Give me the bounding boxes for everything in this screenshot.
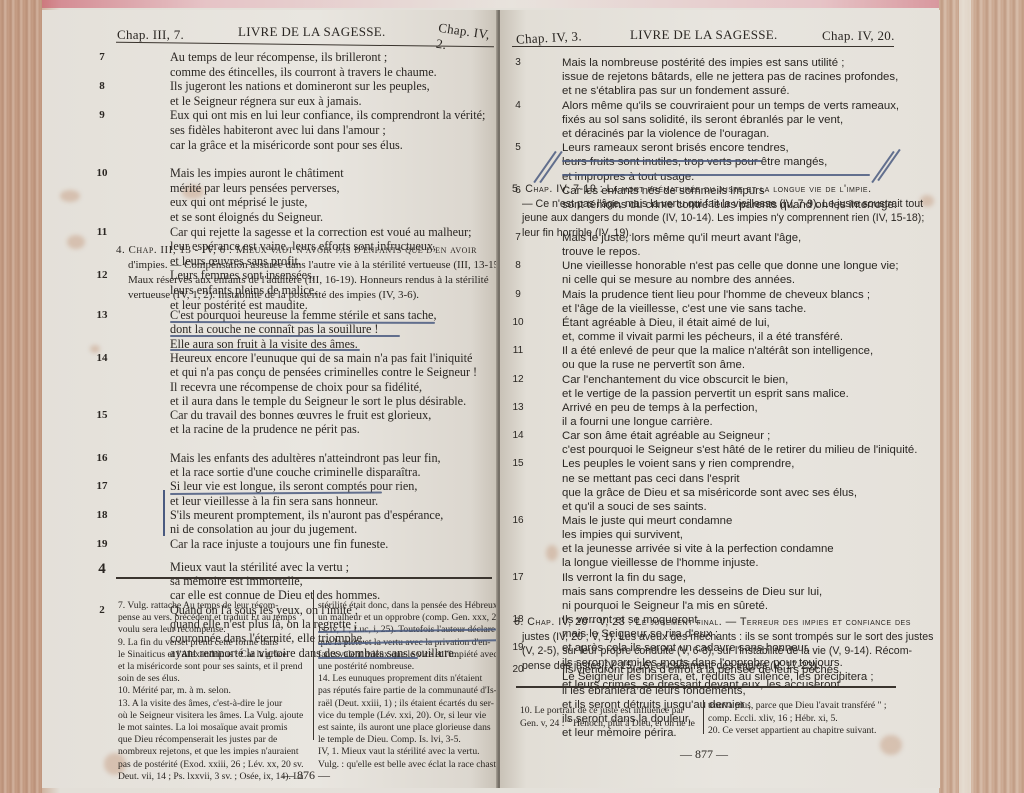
footnote-line: IV, 1. Mieux vaut la stérilité avec la v… [318,746,480,758]
verse-line: fixés au sol sans solidité, ils seront é… [562,113,843,127]
verse-line: comme des étincelles, ils courront à tra… [170,65,437,79]
verse-line: et la jeunesse arrivée si vite à la perf… [562,542,834,556]
footnote-line: que Dieu récompenserait les justes par d… [118,734,277,746]
page-number: — 877 — [680,747,728,762]
verse-line: Mais le juste, lors même qu'il meurt ava… [562,231,801,245]
paper-stain [60,190,80,202]
running-head-left: Chap. III, 7. [117,27,184,43]
section-summary-line: (V, 2-5), sur leur propre conduite (V, 6… [522,644,912,658]
verse-line: il a fourni une longue carrière. [562,415,713,429]
page-number: — 876 — [282,768,330,783]
verse-line: Il recevra une récompense de choix pour … [170,380,422,394]
section-summary-line: 4. Chap. III, 13 - IV, 6 : Mieux vaut n'… [116,243,477,257]
footnote-line: 10. Mérité par, m. à m. selon. [118,685,231,697]
section-summary-line: justes (IV, 20 ; V, 1). Les aveux des mé… [522,630,933,644]
paper-stain [67,235,85,249]
paper-stain [880,735,902,755]
verse-number: 5 [506,142,530,153]
verse-number: 10 [90,167,114,179]
verse-number: 4 [506,100,530,111]
running-head-title: LIVRE DE LA SAGESSE. [630,27,778,43]
footnote-line: le mot saintes. La loi mosaïque avait pr… [118,722,287,734]
running-head-right: Chap. IV, 2. [435,20,500,60]
verse-number: 8 [506,260,530,271]
footnote-line: et la miséricorde sont pour ses saints, … [118,661,302,673]
verse-line: Mais les enfants des adultères n'atteind… [170,451,441,465]
verse-line: la longue vieillesse de l'homme injuste. [562,556,759,570]
footnote-line: une postérité nombreuse. [318,661,414,673]
verse-line: Mais le juste qui meurt condamne [562,514,732,528]
section-summary-line: Maux réservés aux enfants de l'adultère … [128,273,489,287]
paper-stain [546,545,558,561]
verse-number: 11 [506,345,530,356]
pen-underline [170,349,360,351]
verse-line: Car qui rejette la sagesse et la correct… [170,225,472,239]
verse-number: 12 [90,269,114,281]
verse-number: 14 [90,352,114,364]
verse-line: ni celle qui se mesure au nombre des ann… [562,273,795,287]
pen-margin-mark [163,490,165,536]
pen-underline [170,335,400,337]
verse-line: Mais la prudence tient lieu pour l'homme… [562,288,870,302]
verse-line: Au temps de leur récompense, ils briller… [170,50,387,64]
verse-line: Heureux encore l'eunuque qui de sa main … [170,351,472,365]
verse-line: et le vertige de la passion pervertit un… [562,387,849,401]
section-summary-line: jeune aux dangers du monde (IV, 10-14). … [522,211,924,225]
running-head-left: Chap. IV, 3. [516,28,583,47]
left-page-edges [0,0,42,793]
verse-line: Les peuples le voient sans y rien compre… [562,457,794,471]
verse-line: C'est pourquoi heureuse la femme stérile… [170,308,437,322]
verse-line: Leurs rameaux seront brisés encore tendr… [562,141,789,155]
footnote-line: pas de postérité (Exod. xxiii, 26 ; Lév.… [118,759,304,771]
section-summary-line: vertueuse (IV, 1, 2). Instabilité de la … [128,288,419,302]
footnote-line: 13. A la visite des âmes, c'est-à-dire l… [118,698,282,710]
verse-number: 3 [506,57,530,68]
verse-number: 13 [506,402,530,413]
footnote-line: soin de ses élus. [118,673,180,685]
verse-line: car la grâce et la miséricorde sont pour… [170,138,403,152]
verse-number: 18 [90,509,114,521]
right-page: Chap. IV, 3. LIVRE DE LA SAGESSE. Chap. … [500,10,940,788]
section-summary-line: — Ce n'est pas l'âge, mais la vertu qui … [522,197,923,211]
footnote-line: 7. Vulg. rattache Au temps de leur récom… [118,600,278,612]
verse-line: Une vieillesse honorable n'est pas celle… [562,259,899,273]
pen-slash-mark [533,151,556,183]
footnote-line: pense au vers. précédent et traduit Et a… [118,612,296,624]
verse-number: 19 [90,538,114,550]
verse-number: 17 [90,480,114,492]
right-page-edges [939,0,1024,793]
verse-line: et qui n'a pas conçu de pensées criminel… [170,365,477,379]
verse-number: 16 [506,515,530,526]
verse-line: et leur vieillesse à la fin sera sans ho… [170,494,378,508]
verse-line: ni pourquoi le Seigneur l'a mis en sûret… [562,599,768,613]
footnote-line: le Sinaiticus et l'Alexandrinus : Car la… [118,649,287,661]
footnote-line: vice du temple (Lév. xxi, 20). Or, si le… [318,710,486,722]
verse-line: ni de consolation au jour du jugement. [170,522,357,536]
footnote-line: trouva plus, parce que Dieu l'avait tran… [708,700,887,712]
footnote-line: 10. Le portrait de ce juste est influenc… [520,705,684,717]
footnote-line: Deut. vii, 14 ; Ps. lxxvii, 3 sv. ; Osée… [118,771,303,783]
verse-line: Arrivé en peu de temps à la perfection, [562,401,758,415]
footnote-line: Gen. v, 24 : " Hénoch, plut à Dieu, et o… [520,718,695,730]
footnote-rule [116,577,492,579]
verse-number: 10 [506,317,530,328]
pen-slash-mark [871,151,894,183]
verse-line: et se sont éloignés du Seigneur. [170,210,323,224]
pen-underline [562,160,762,162]
running-head-right: Chap. IV, 20. [822,28,895,44]
verse-line: mérité par leurs pensées perverses, [170,181,340,195]
verse-line: Étant agréable à Dieu, il était aimé de … [562,316,770,330]
verse-line: S'ils meurent promptement, ils n'auront … [170,508,443,522]
footnote-line: raël (Deut. xxiii, 1) ; ils étaient écar… [318,698,494,710]
verse-line: issue de rejetons bâtards, elle ne jette… [562,70,898,84]
verse-line: que la grâce de Dieu et sa miséricorde s… [562,486,857,500]
footnote-column-divider [703,700,704,734]
footnote-line: où le Seigneur visitera les âmes. La Vul… [118,710,303,722]
verse-line: Mais les impies auront le châtiment [170,166,344,180]
verse-line: Car du travail des bonnes œuvres le frui… [170,408,431,422]
verse-line: ou que la ruse ne pervertît son âme. [562,358,745,372]
verse-number: 12 [506,374,530,385]
verse-line: et leurs crimes, se dressant devant eux,… [562,678,843,692]
footnote-line: pas réputés faire partie de la communaut… [318,685,497,697]
section-summary-line: 6. Chap. IV, 20 - V, 23 : Le jugement fi… [514,615,911,629]
verse-number: 13 [90,309,114,321]
verse-line: Ils jugeront les nations et domineront s… [170,79,430,93]
verse-number: 15 [90,409,114,421]
verse-line: Mais la nombreuse postérité des impies e… [562,56,844,70]
verse-line: et qu'il a souci de ses saints. [562,500,707,514]
verse-line: et la race sortie d'une couche criminell… [170,465,421,479]
footnote-column-divider [313,590,314,740]
verse-line: et ne s'établira pas sur un fondement as… [562,84,790,98]
verse-number: 20 [506,664,530,675]
footnote-line: est sainte, ils auront une place glorieu… [318,722,491,734]
verse-line: et il aura dans le temple du Seigneur le… [170,394,466,408]
left-page: Chap. III, 7. LIVRE DE LA SAGESSE. Chap.… [42,10,498,788]
verse-number: 8 [90,80,114,92]
verse-number: 17 [506,572,530,583]
verse-number: 7 [90,51,114,63]
footnote-line: nombreux rejetons, et que les impies n'a… [118,746,299,758]
verse-line: c'est pourquoi le Seigneur s'est hâté de… [562,443,917,457]
verse-line: et le Seigneur régnera sur eux à jamais. [170,94,362,108]
verse-line: Mieux vaut la stérilité avec la vertu ; [170,560,349,574]
verse-line: et, comme il vivait parmi les pécheurs, … [562,330,843,344]
verse-line: leurs fruits sont inutiles, trop verts p… [562,155,827,169]
footnote-rule [516,686,896,688]
verse-line: trouve le repos. [562,245,641,259]
footnote-line: 9. La fin du verset prend cette forme da… [118,637,278,649]
section-summary-line: 5. Chap. IV, 7-19 : La mort prématurée d… [512,182,872,196]
verse-line: Ils viendront pleins d'effroi à la pensé… [562,663,842,677]
footnote-line: le temple de Dieu. Comp. Is. lvi, 3-5. [318,734,461,746]
verse-line: et la racine de la prudence ne périt pas… [170,422,360,436]
footnote-line: 14. Les eunuques proprement dits n'étaie… [318,673,482,685]
running-head-title: LIVRE DE LA SAGESSE. [238,24,386,40]
verse-number: 4 [90,561,114,578]
footnote-line: 20. Ce verset appartient au chapitre sui… [708,725,876,737]
verse-number: 7 [506,232,530,243]
verse-line: Car l'enchantement du vice obscurcit le … [562,373,788,387]
pen-underline [318,657,418,659]
verse-line: ses fidèles habiteront avec lui dans l'a… [170,123,386,137]
verse-number: 9 [90,109,114,121]
verse-number: 15 [506,458,530,469]
footnote-line: voulu sera leur récompense. [118,624,226,636]
pen-underline [562,174,870,176]
footnote-line: un malheur et un opprobre (comp. Gen. xx… [318,612,501,624]
footnote-line: Vulg. : qu'elle est belle avec éclat la … [318,759,503,771]
verse-line: les impies qui survivent, [562,528,683,542]
footnote-line: comp. Eccli. xliv, 16 ; Hébr. xi, 5. [708,713,838,725]
verse-line: et l'âge de la vieillesse, c'est une vie… [562,302,806,316]
verse-line: et déracinés par la violence de l'ouraga… [562,127,769,141]
verse-line: Car son âme était agréable au Seigneur ; [562,429,770,443]
verse-number: 11 [90,226,114,238]
verse-number: 9 [506,289,530,300]
footnote-line: stérilité était donc, dans la pensée des… [318,600,500,612]
header-rule [512,46,894,47]
verse-number: 2 [90,604,114,616]
verse-line: Alors même qu'ils se couvriraient pour u… [562,99,899,113]
book-top-edge [0,0,1024,8]
verse-line: ne se mettant pas ceci dans l'esprit [562,472,740,486]
verse-line: Il a été enlevé de peur que la malice n'… [562,344,873,358]
verse-line: Eux qui ont mis en lui leur confiance, i… [170,108,485,122]
verse-line: eux qui ont méprisé le juste, [170,195,307,209]
verse-line: Car la race injuste a toujours une fin f… [170,537,388,551]
section-summary-line: d'impies. — Compensation assurée dans l'… [128,258,506,272]
verse-line: Ils verront la fin du sage, [562,571,686,585]
open-book: Chap. III, 7. LIVRE DE LA SAGESSE. Chap.… [0,0,1024,793]
verse-number: 16 [90,452,114,464]
verse-number: 14 [506,430,530,441]
verse-line: mais sans comprendre les desseins de Die… [562,585,822,599]
pen-slash-mark [877,149,900,181]
